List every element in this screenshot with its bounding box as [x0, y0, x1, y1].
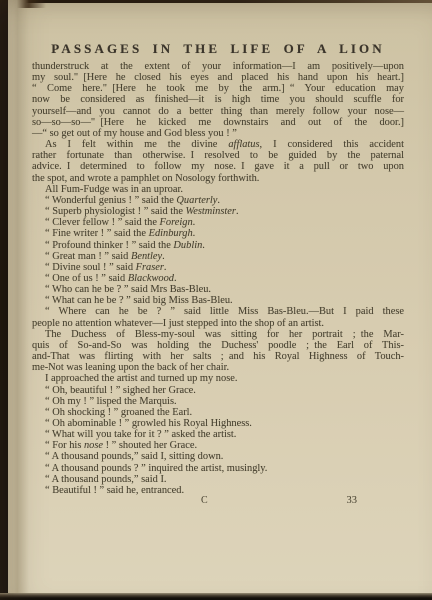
body-text: .	[174, 273, 177, 284]
italic-text: Westminster	[186, 206, 236, 217]
italic-text: Blackwood	[128, 273, 174, 284]
running-head-title: PASSAGES IN THE LIFE OF A LION	[32, 41, 404, 57]
text-line: “ Wonderful genius ! ” said the Quarterl…	[32, 195, 404, 206]
body-text: ! ” shouted her Grace.	[103, 440, 197, 451]
body-text: advice. I determined to follow my nose. …	[32, 161, 404, 172]
body-text: “ Where can he be ? ” said little Miss B…	[45, 306, 404, 317]
body-text: “ A thousand pounds,” said I, sitting do…	[45, 451, 223, 462]
body-text: “ Great man ! ” said	[45, 251, 131, 262]
text-line: the spot, and wrote a pamphlet on Nosolo…	[32, 173, 404, 184]
body-text: “ What can he be ? ” said big Miss Bas-B…	[45, 295, 233, 306]
body-text: people no attention whatever—I just step…	[32, 318, 324, 329]
text-line: “ Who can he be ? ” said Mrs Bas-Bleu.	[32, 284, 404, 295]
body-text: “ Oh abominable ! ” growled his Royal Hi…	[45, 418, 252, 429]
body-text: thunderstruck at the extent of your info…	[32, 61, 404, 72]
text-line: “ A thousand pounds,” said I.	[32, 474, 404, 485]
text-line: As I felt within me the divine afflatus,…	[32, 139, 404, 150]
body-text: rather fortunate than otherwise. I resol…	[32, 150, 404, 161]
text-line: “ Fine writer ! ” said the Edinburgh.	[32, 228, 404, 239]
italic-text: nose	[84, 440, 103, 451]
text-line: yourself—and you cannot do a better thin…	[32, 106, 404, 117]
body-text: quis of So-and-So was holding the Duches…	[32, 340, 404, 351]
text-line: people no attention whatever—I just step…	[32, 318, 404, 329]
body-text: now be considered as finished—it is high…	[32, 94, 404, 105]
page-number: 33	[347, 495, 358, 506]
text-line: “ What can he be ? ” said big Miss Bas-B…	[32, 295, 404, 306]
scan-edge-left	[0, 0, 8, 600]
body-text: “ What will you take for it ? ” asked th…	[45, 429, 236, 440]
italic-text: Edinburgh	[149, 228, 193, 239]
body-text: The Duchess of Bless-my-soul was sitting…	[45, 329, 404, 340]
body-text: .	[236, 206, 239, 217]
body-text: “ Oh my ! ” lisped the Marquis.	[45, 396, 177, 407]
text-line: “ One of us ! ” said Blackwood.	[32, 273, 404, 284]
italic-text: Bentley	[131, 251, 162, 262]
body-text: .	[193, 217, 196, 228]
body-text: “ Clever fellow ! ” said the	[45, 217, 160, 228]
text-line: “ Where can he be ? ” said little Miss B…	[32, 306, 404, 317]
text-line: now be considered as finished—it is high…	[32, 94, 404, 105]
page-edge-highlight	[8, 0, 17, 594]
text-line: “ Profound thinker ! ” said the Dublin.	[32, 240, 404, 251]
page-edge-crease	[17, 0, 29, 594]
text-line: “ Great man ! ” said Bentley.	[32, 251, 404, 262]
body-text: “ Divine soul ! ” said	[45, 262, 136, 273]
body-text: me-Not was leaning upon the back of her …	[32, 362, 229, 373]
text-line: “ Oh abominable ! ” growled his Royal Hi…	[32, 418, 404, 429]
page-footer: C 33	[32, 495, 404, 509]
text-line: “ Divine soul ! ” said Fraser.	[32, 262, 404, 273]
text-line: rather fortunate than otherwise. I resol…	[32, 150, 404, 161]
body-text: “ A thousand pounds,” said I.	[45, 474, 167, 485]
body-text: “ Oh, beautiful ! ” sighed her Grace.	[45, 385, 196, 396]
body-text: “ Fine writer ! ” said the	[45, 228, 149, 239]
text-line: my soul." [Here he closed his eyes and p…	[32, 72, 404, 83]
text-line: “ Oh shocking ! ” groaned the Earl.	[32, 407, 404, 418]
italic-text: Quarterly	[176, 195, 217, 206]
body-text: —“ so get out of my house and God bless …	[32, 128, 237, 139]
body-text: “ Come here." [Here he took me by the ar…	[32, 83, 404, 94]
text-line: I approached the artist and turned up my…	[32, 373, 404, 384]
body-text: yourself—and you cannot do a better thin…	[32, 106, 404, 117]
text-line: thunderstruck at the extent of your info…	[32, 61, 404, 72]
text-line: “ A thousand pounds,” said I, sitting do…	[32, 451, 404, 462]
body-text: “ A thousand pounds ? ” inquired the art…	[45, 463, 267, 474]
text-line: advice. I determined to follow my nose. …	[32, 161, 404, 172]
body-text: “ Who can he be ? ” said Mrs Bas-Bleu.	[45, 284, 211, 295]
body-text: All Fum-Fudge was in an uproar.	[45, 184, 183, 195]
text-line: so—so—so—" [Here he kicked me downstairs…	[32, 117, 404, 128]
italic-text: Dublin	[173, 240, 202, 251]
text-line: “ What will you take for it ? ” asked th…	[32, 429, 404, 440]
text-line: —“ so get out of my house and God bless …	[32, 128, 404, 139]
body-text: so—so—so—" [Here he kicked me downstairs…	[32, 117, 404, 128]
body-text: and-That was flirting with her salts ; a…	[32, 351, 404, 362]
scan-edge-top	[0, 0, 432, 3]
scan-edge-bottom	[0, 593, 432, 600]
text-line: “ For his nose ! ” shouted her Grace.	[32, 440, 404, 451]
body-text: , I considered this accident	[260, 139, 404, 150]
text-line: “ Oh, beautiful ! ” sighed her Grace.	[32, 385, 404, 396]
body-text: I approached the artist and turned up my…	[45, 373, 237, 384]
book-page-scan: PASSAGES IN THE LIFE OF A LION thunderst…	[0, 0, 432, 600]
signature-mark: C	[201, 495, 208, 506]
text-line: “ Come here." [Here he took me by the ar…	[32, 83, 404, 94]
body-text: “ Profound thinker ! ” said the	[45, 240, 173, 251]
italic-text: Fraser	[136, 262, 164, 273]
text-line: quis of So-and-So was holding the Duches…	[32, 340, 404, 351]
body-text: .	[217, 195, 220, 206]
body-text: “ For his	[45, 440, 84, 451]
text-line: “ A thousand pounds ? ” inquired the art…	[32, 463, 404, 474]
body-text: .	[164, 262, 167, 273]
text-line: and-That was flirting with her salts ; a…	[32, 351, 404, 362]
body-text: As I felt within me the divine	[45, 139, 228, 150]
text-line: “ Superb physiologist ! ” said the Westm…	[32, 206, 404, 217]
body-text: “ One of us ! ” said	[45, 273, 128, 284]
body-text: the spot, and wrote a pamphlet on Nosolo…	[32, 173, 259, 184]
body-text: “ Superb physiologist ! ” said the	[45, 206, 186, 217]
text-line: me-Not was leaning upon the back of her …	[32, 362, 404, 373]
body-text: .	[193, 228, 196, 239]
text-line: The Duchess of Bless-my-soul was sitting…	[32, 329, 404, 340]
italic-text: afflatus	[228, 139, 259, 150]
body-text: my soul." [Here he closed his eyes and p…	[32, 72, 404, 83]
italic-text: Foreign	[160, 217, 193, 228]
body-text: .	[162, 251, 165, 262]
page-body-text: thunderstruck at the extent of your info…	[32, 61, 404, 496]
body-text: .	[202, 240, 205, 251]
text-line: “ Clever fellow ! ” said the Foreign.	[32, 217, 404, 228]
body-text: “ Oh shocking ! ” groaned the Earl.	[45, 407, 192, 418]
text-line: “ Oh my ! ” lisped the Marquis.	[32, 396, 404, 407]
text-line: All Fum-Fudge was in an uproar.	[32, 184, 404, 195]
body-text: “ Wonderful genius ! ” said the	[45, 195, 176, 206]
